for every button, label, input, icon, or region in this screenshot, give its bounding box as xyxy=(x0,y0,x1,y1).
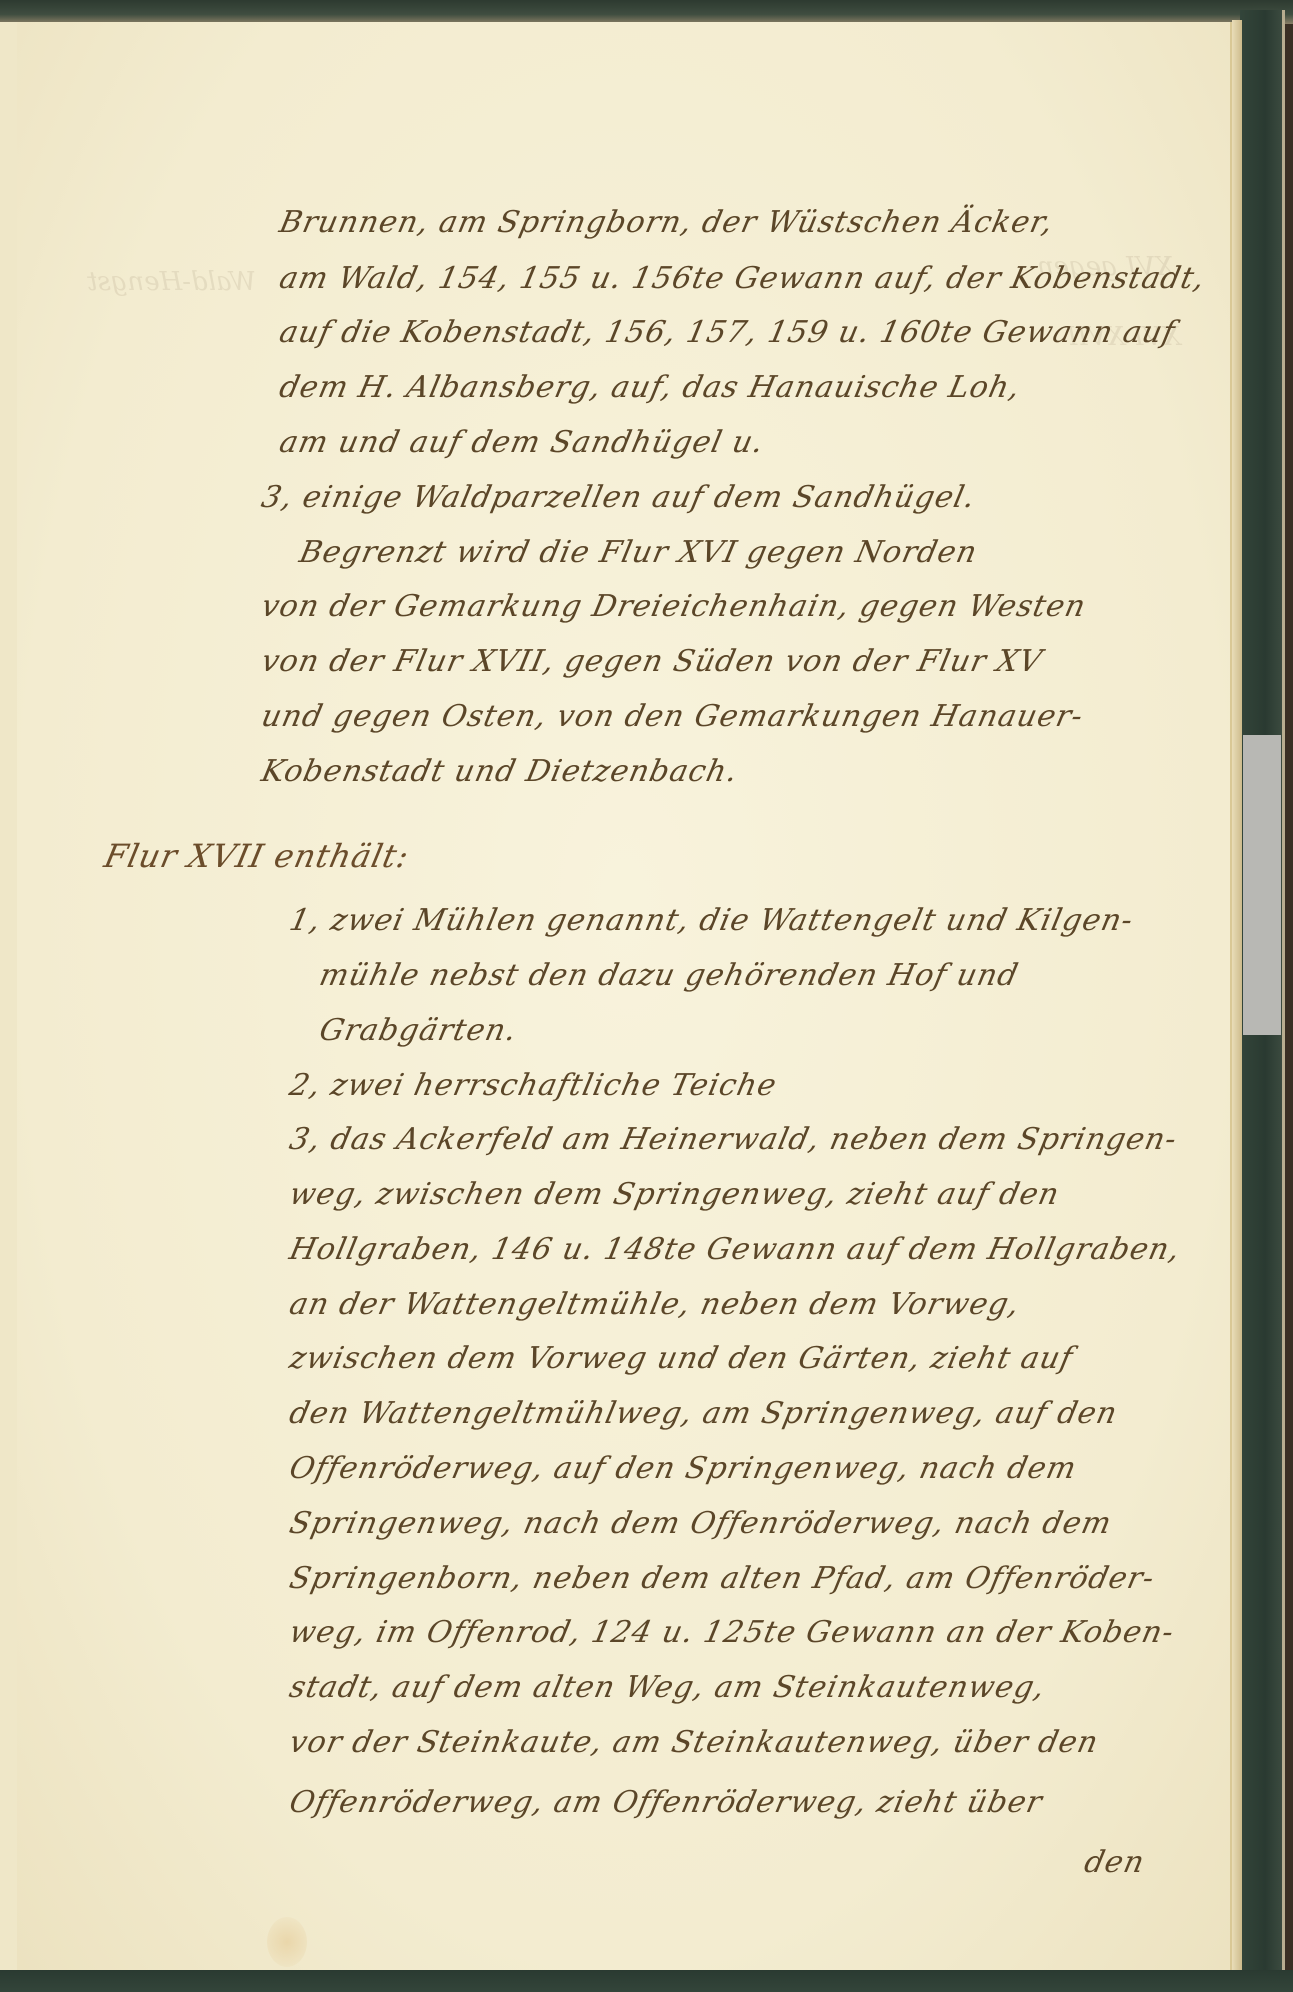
manuscript-line: mühle nebst den dazu gehörenden Hof und xyxy=(316,958,1022,993)
manuscript-line: an der Wattengeltmühle, neben dem Vorweg… xyxy=(286,1287,1023,1322)
manuscript-line: weg, im Offenrod, 124 u. 125te Gewann an… xyxy=(286,1615,1177,1650)
manuscript-line: den Wattengeltmühlweg, am Springenweg, a… xyxy=(286,1396,1121,1431)
bleed-through-text: Wald-Hengst xyxy=(87,267,256,297)
manuscript-line: stadt, auf dem alten Weg, am Steinkauten… xyxy=(286,1670,1048,1705)
manuscript-line: Grabgärten. xyxy=(316,1013,520,1048)
manuscript-line: von der Flur XVII, gegen Süden von der F… xyxy=(258,644,1045,679)
manuscript-line: am und auf dem Sandhügel u. xyxy=(276,425,767,460)
manuscript-line: vor der Steinkaute, am Steinkautenweg, ü… xyxy=(286,1725,1102,1760)
book-cover-bottom xyxy=(0,1970,1293,1992)
manuscript-line: 2, zwei herrschaftliche Teiche xyxy=(286,1068,780,1103)
manuscript-line: weg, zwischen dem Springenweg, zieht auf… xyxy=(286,1177,1063,1212)
manuscript-line: Offenröderweg, am Offenröderweg, zieht ü… xyxy=(286,1785,1046,1820)
manuscript-line: Springenweg, nach dem Offenröderweg, nac… xyxy=(286,1506,1115,1541)
index-tab xyxy=(1243,735,1281,1035)
manuscript-line: dem H. Albansberg, auf, das Hanauische L… xyxy=(276,370,1023,405)
facing-page-edge xyxy=(0,22,18,1970)
manuscript-line: Hollgraben, 146 u. 148te Gewann auf dem … xyxy=(286,1232,1183,1267)
manuscript-line: Begrenzt wird die Flur XVI gegen Norden xyxy=(296,535,980,570)
manuscript-line: Springenborn, neben dem alten Pfad, am O… xyxy=(286,1561,1158,1596)
section-heading: Flur XVII enthält: xyxy=(101,837,413,875)
foxing-stain xyxy=(267,1917,307,1967)
catchword: den xyxy=(1081,1845,1148,1880)
manuscript-line: auf die Kobenstadt, 156, 157, 159 u. 160… xyxy=(276,315,1178,350)
manuscript-line: 3, das Ackerfeld am Heinerwald, neben de… xyxy=(286,1122,1180,1157)
manuscript-line: 1, zwei Mühlen genannt, die Wattengelt u… xyxy=(286,903,1136,938)
page-edges xyxy=(1232,20,1242,1970)
manuscript-line: von der Gemarkung Dreieichenhain, gegen … xyxy=(258,589,1089,624)
book-cover-top xyxy=(0,0,1293,24)
manuscript-line: und gegen Osten, von den Gemarkungen Han… xyxy=(258,699,1086,734)
manuscript-line: 3, einige Waldparzellen auf dem Sandhüge… xyxy=(258,480,979,515)
manuscript-line: am Wald, 154, 155 u. 156te Gewann auf, d… xyxy=(276,261,1208,296)
manuscript-line: Brunnen, am Springborn, der Wüstschen Äc… xyxy=(276,205,1056,240)
manuscript-line: zwischen dem Vorweg und den Gärten, zieh… xyxy=(286,1341,1076,1376)
manuscript-line: Kobenstadt und Dietzenbach. xyxy=(258,754,741,789)
manuscript-line: Offenröderweg, auf den Springenweg, nach… xyxy=(286,1451,1080,1486)
